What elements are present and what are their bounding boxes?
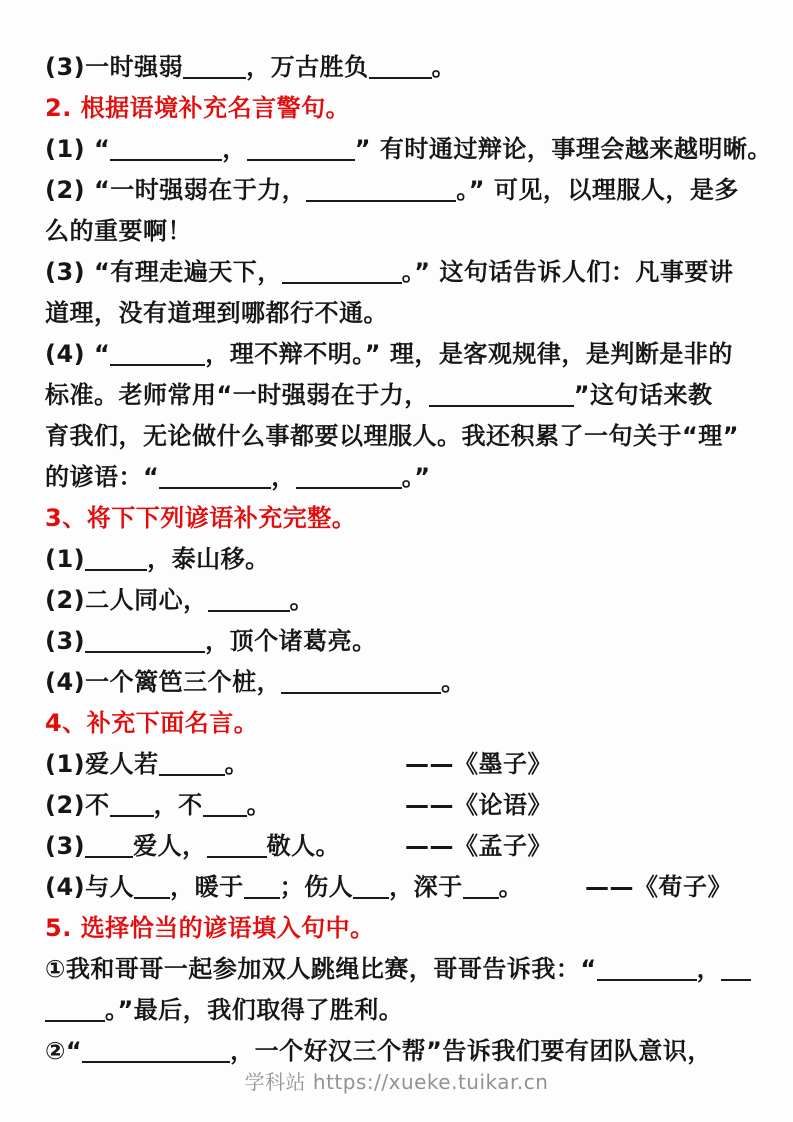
text-run: ，暖于	[170, 873, 244, 901]
text-run: ，	[222, 135, 247, 163]
fill-in-blank	[85, 569, 147, 571]
worksheet-line: (3)一时强弱，万古胜负。	[45, 47, 763, 88]
fill-in-blank	[306, 200, 456, 202]
worksheet-line: 道理，没有道理到哪都行不通。	[45, 293, 763, 334]
text-run: 。	[432, 53, 457, 81]
fill-in-blank	[463, 897, 499, 899]
worksheet-body: (3)一时强弱，万古胜负。2. 根据语境补充名言警句。(1) “，” 有时通过辩…	[0, 0, 793, 1072]
text-run: 。” 这句话告诉人们：凡事要讲	[402, 258, 734, 286]
fill-in-blank	[207, 856, 267, 858]
text-run: 。	[290, 586, 315, 614]
text-run: 。	[225, 750, 250, 778]
fill-in-blank	[244, 897, 280, 899]
text-run: ②“	[45, 1037, 82, 1065]
worksheet-line: (4)一个篱笆三个桩，。	[45, 662, 763, 703]
text-run: (4)一个篱笆三个桩，	[45, 668, 281, 696]
text-run: 3、将下下列谚语补充完整。	[45, 504, 356, 532]
text-run: (3)一时强弱	[45, 53, 183, 81]
worksheet-line: (1)爱人若。——《墨子》	[45, 744, 763, 785]
text-run: 敬人。	[267, 832, 341, 860]
text-run: 。	[441, 668, 466, 696]
worksheet-line: 么的重要啊！	[45, 211, 763, 252]
text-run: (1)爱人若	[45, 750, 159, 778]
worksheet-line: (2)不，不。——《论语》	[45, 785, 763, 826]
text-run: ，深于	[389, 873, 463, 901]
attribution-source: ——《孟子》	[405, 826, 552, 867]
fill-in-blank	[134, 897, 170, 899]
text-run: 。” 可见，以理服人，是多	[456, 176, 739, 204]
fill-in-blank	[110, 159, 222, 161]
text-run: ，不	[154, 791, 203, 819]
text-run: 爱人，	[133, 832, 207, 860]
fill-in-blank	[110, 364, 205, 366]
text-run: (4)与人	[45, 873, 134, 901]
text-run: ，一个好汉三个帮”告诉我们要有团队意识，	[230, 1037, 712, 1065]
text-run: 标准。老师常用“一时强弱在于力，	[45, 381, 429, 409]
fill-in-blank	[183, 77, 246, 79]
fill-in-blank	[82, 1061, 230, 1063]
text-run: (3)	[45, 832, 85, 860]
text-run: 的谚语：“	[45, 463, 159, 491]
worksheet-line: (2) “一时强弱在于力，。” 可见，以理服人，是多	[45, 170, 763, 211]
fill-in-blank	[429, 405, 574, 407]
text-run: (3) “有理走遍天下，	[45, 258, 282, 286]
text-run: 么的重要啊！	[45, 217, 192, 245]
worksheet-line: 。”最后，我们取得了胜利。	[45, 990, 763, 1031]
fill-in-blank	[721, 979, 751, 981]
text-run: (3)	[45, 627, 85, 655]
fill-in-blank	[203, 815, 247, 817]
fill-in-blank	[282, 282, 402, 284]
fill-in-blank	[85, 856, 133, 858]
section-heading: 4、补充下面名言。	[45, 703, 763, 744]
text-run: (2) “一时强弱在于力，	[45, 176, 306, 204]
text-run: (1) “	[45, 135, 110, 163]
fill-in-blank	[597, 979, 697, 981]
text-run: ，顶个诸葛亮。	[205, 627, 377, 655]
text-run: 育我们，无论做什么事都要以理服人。我还积累了一句关于“理”	[45, 422, 739, 450]
text-run: 4、补充下面名言。	[45, 709, 258, 737]
text-run: 。	[247, 791, 272, 819]
text-run: ，	[697, 955, 722, 983]
text-run: ；伤人	[280, 873, 354, 901]
fill-in-blank	[247, 159, 355, 161]
worksheet-line: 的谚语：“，。”	[45, 457, 763, 498]
fill-in-blank	[45, 1020, 105, 1022]
text-run: ” 有时通过辩论，事理会越来越明晰。	[355, 135, 772, 163]
worksheet-line: (2)二人同心，。	[45, 580, 763, 621]
worksheet-line: (3) “有理走遍天下，。” 这句话告诉人们：凡事要讲	[45, 252, 763, 293]
worksheet-line: (4) “，理不辩不明。” 理，是客观规律，是判断是非的	[45, 334, 763, 375]
worksheet-line: 育我们，无论做什么事都要以理服人。我还积累了一句关于“理”	[45, 416, 763, 457]
text-run: ，	[271, 463, 296, 491]
text-run: ，万古胜负	[246, 53, 369, 81]
text-run: 5. 选择恰当的谚语填入句中。	[45, 914, 375, 942]
fill-in-blank	[369, 77, 432, 79]
text-run: (1)	[45, 545, 85, 573]
text-run: ，泰山移。	[147, 545, 270, 573]
text-run: 。”最后，我们取得了胜利。	[105, 996, 403, 1024]
section-heading: 3、将下下列谚语补充完整。	[45, 498, 763, 539]
worksheet-line: 标准。老师常用“一时强弱在于力，”这句话来教	[45, 375, 763, 416]
attribution-source: ——《墨子》	[405, 744, 552, 785]
fill-in-blank	[208, 610, 290, 612]
section-heading: 2. 根据语境补充名言警句。	[45, 88, 763, 129]
text-run: ①我和哥哥一起参加双人跳绳比赛，哥哥告诉我：“	[45, 955, 597, 983]
fill-in-blank	[85, 651, 205, 653]
text-run: 2. 根据语境补充名言警句。	[45, 94, 350, 122]
worksheet-line: (1)，泰山移。	[45, 539, 763, 580]
fill-in-blank	[296, 487, 402, 489]
worksheet-line: (4)与人，暖于；伤人，深于。——《荀子》	[45, 867, 763, 908]
text-run: 。	[499, 873, 524, 901]
text-run: (2)二人同心，	[45, 586, 208, 614]
text-run: 。”	[402, 463, 431, 491]
section-heading: 5. 选择恰当的谚语填入句中。	[45, 908, 763, 949]
worksheet-line: (3)爱人，敬人。——《孟子》	[45, 826, 763, 867]
footer-site-url: 学科站 https://xueke.tuikar.cn	[0, 1066, 793, 1095]
text-run: ，理不辩不明。” 理，是客观规律，是判断是非的	[205, 340, 733, 368]
text-run: (2)不	[45, 791, 110, 819]
text-run: 道理，没有道理到哪都行不通。	[45, 299, 388, 327]
fill-in-blank	[159, 774, 225, 776]
worksheet-page: (3)一时强弱，万古胜负。2. 根据语境补充名言警句。(1) “，” 有时通过辩…	[0, 0, 793, 1122]
fill-in-blank	[110, 815, 154, 817]
worksheet-line: (3)，顶个诸葛亮。	[45, 621, 763, 662]
text-run: (4) “	[45, 340, 110, 368]
fill-in-blank	[159, 487, 271, 489]
text-run: ”这句话来教	[574, 381, 713, 409]
worksheet-line: ①我和哥哥一起参加双人跳绳比赛，哥哥告诉我：“，	[45, 949, 763, 990]
attribution-source: ——《荀子》	[585, 867, 732, 908]
fill-in-blank	[281, 692, 441, 694]
attribution-source: ——《论语》	[405, 785, 552, 826]
worksheet-line: (1) “，” 有时通过辩论，事理会越来越明晰。	[45, 129, 763, 170]
fill-in-blank	[353, 897, 389, 899]
